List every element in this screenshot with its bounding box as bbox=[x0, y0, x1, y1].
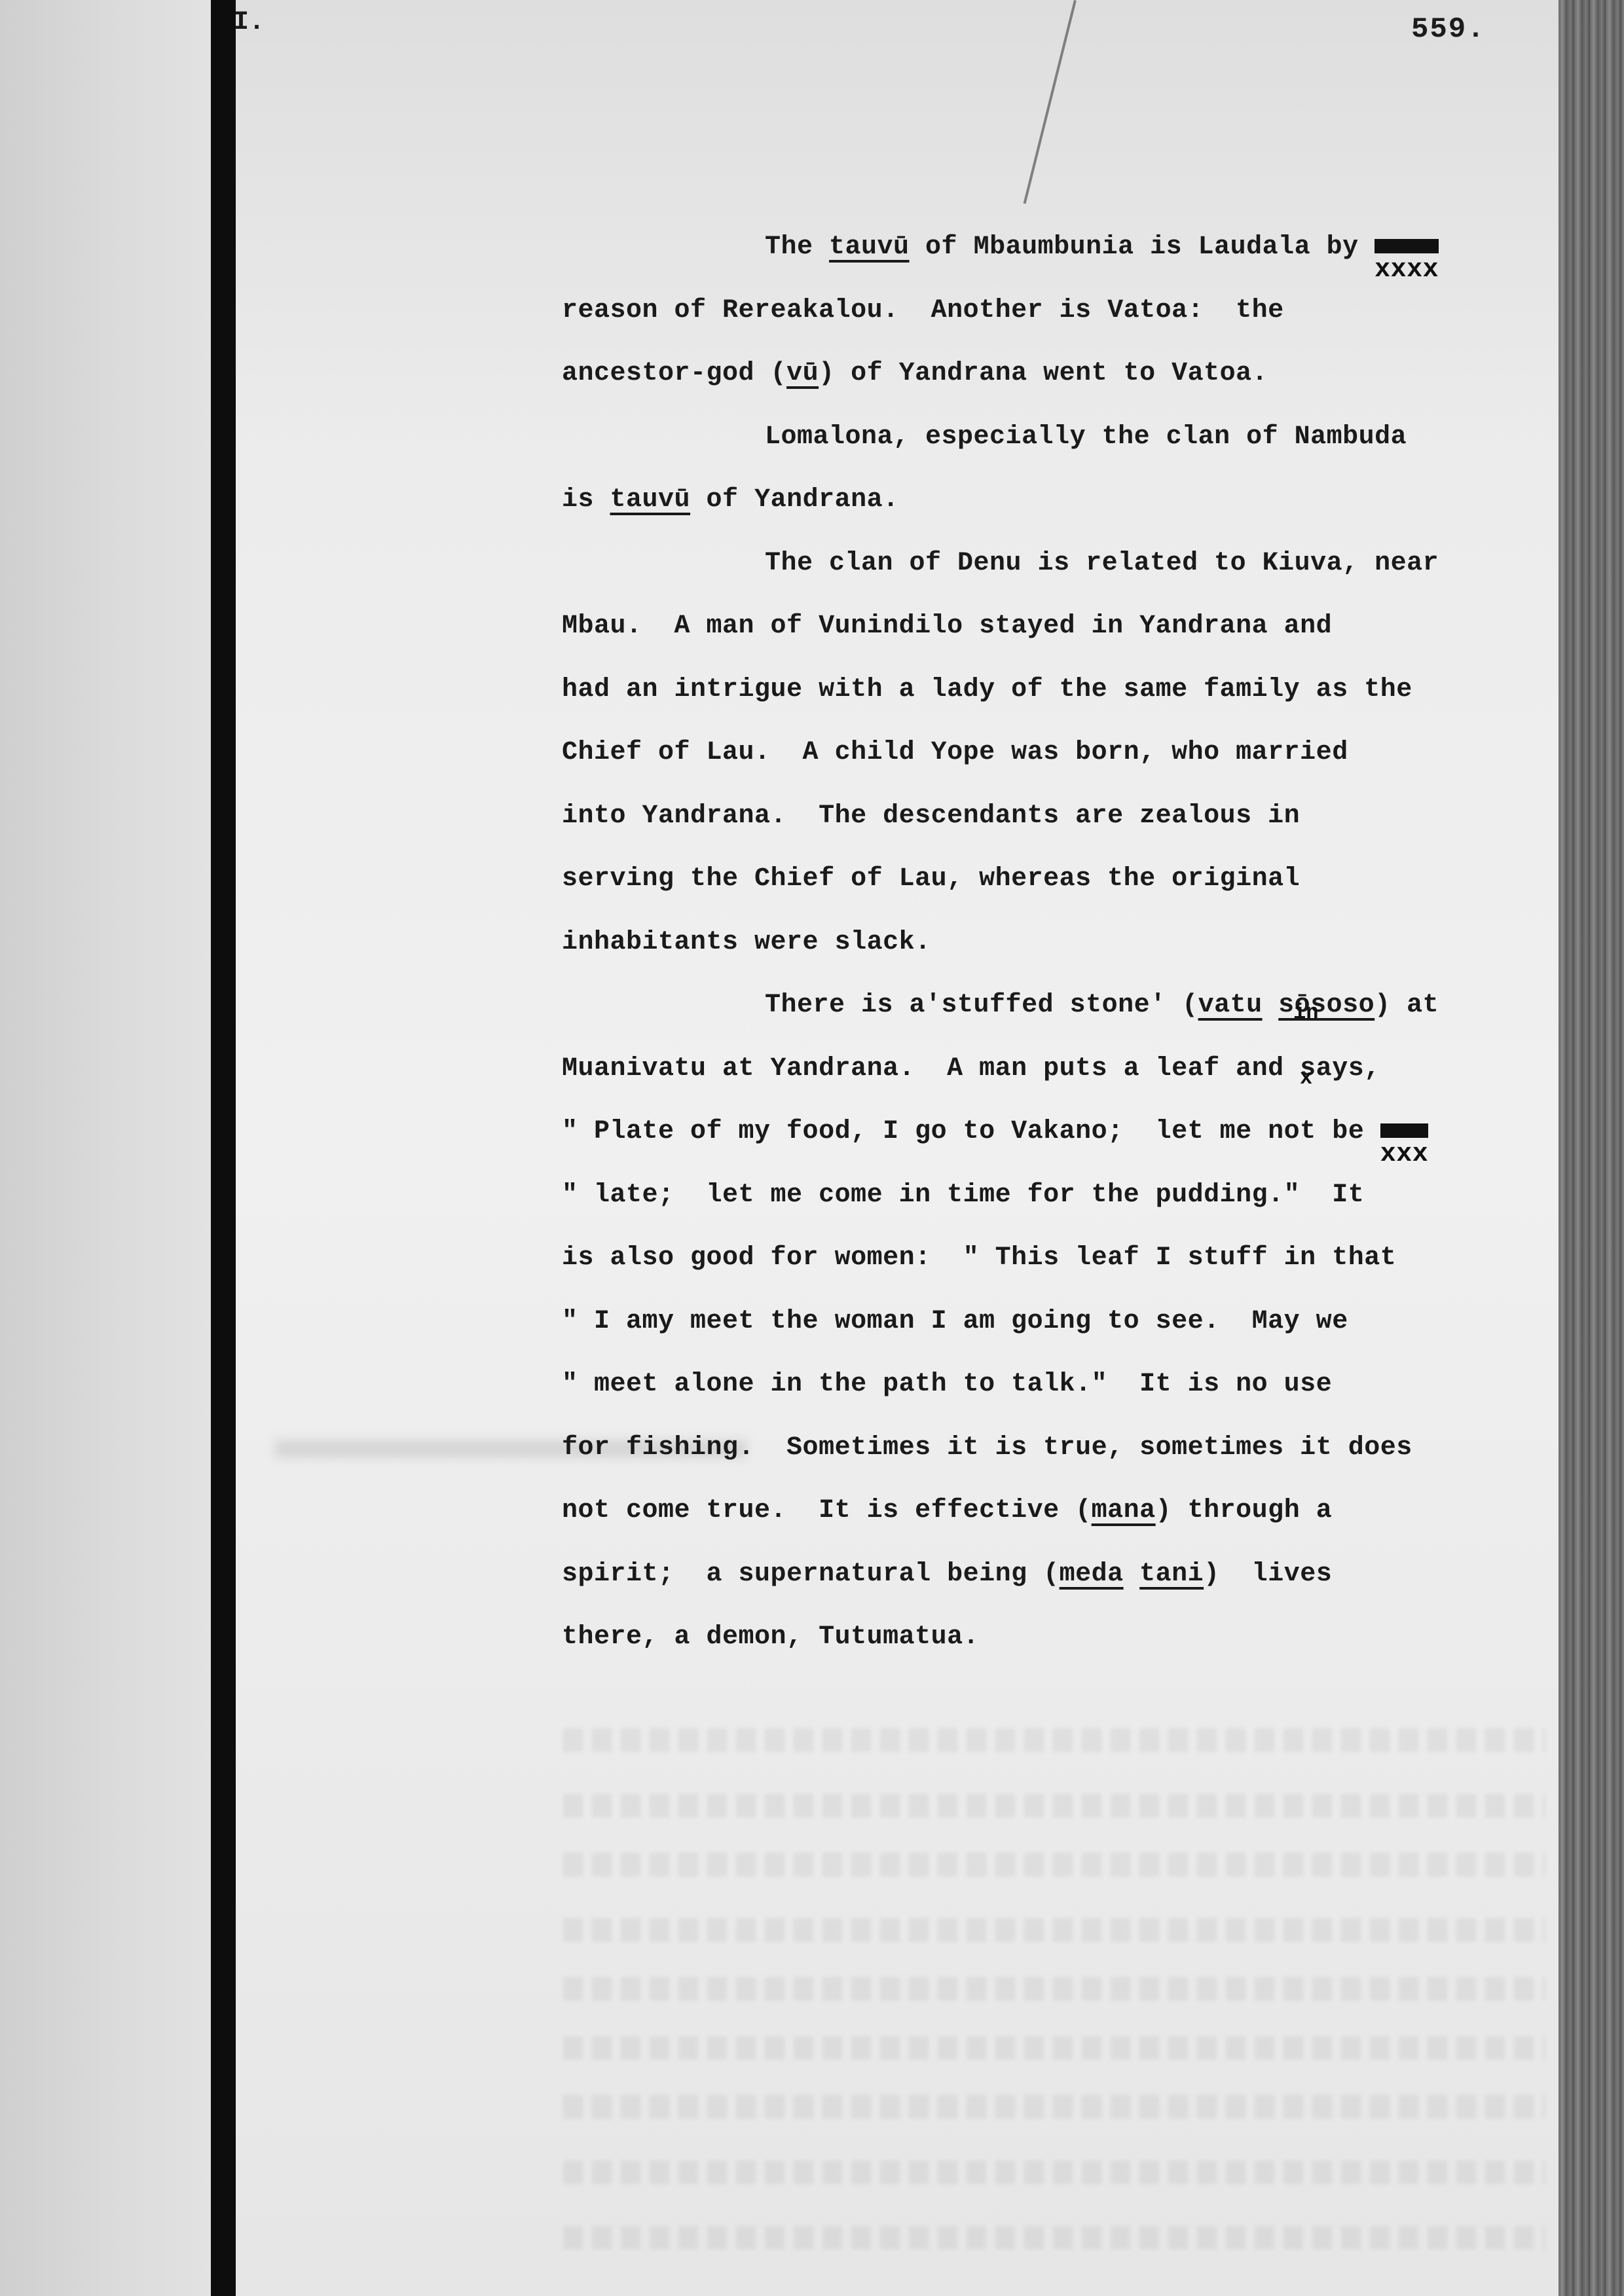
underlined-term: vatu bbox=[1198, 991, 1263, 1020]
handwritten-insertion-caret: x bbox=[1300, 1066, 1312, 1090]
text-segment: of Yandrana. bbox=[690, 485, 899, 515]
text-segment: into Yandrana. The descendants are zealo… bbox=[562, 801, 1300, 831]
struck-out-text: xxxx bbox=[1375, 239, 1439, 253]
text-line: " meet alone in the path to talk." It is… bbox=[562, 1353, 1557, 1417]
text-segment: inhabitants were slack. bbox=[562, 928, 931, 957]
text-segment: ancestor-god ( bbox=[562, 359, 786, 388]
bleed-through-text bbox=[563, 1728, 1545, 1752]
text-segment: The clan of Denu is related to Kiuva, ne… bbox=[765, 549, 1439, 578]
text-segment: Lomalona, especially the clan of Nambuda bbox=[765, 422, 1407, 452]
text-segment: not come true. It is effective ( bbox=[562, 1496, 1092, 1525]
bleed-through-text bbox=[563, 2036, 1545, 2060]
underlined-term: tauvū bbox=[829, 232, 910, 262]
text-segment: There is a'stuffed stone' ( bbox=[765, 991, 1198, 1020]
underlined-term: meda bbox=[1060, 1559, 1124, 1589]
text-line: into Yandrana. The descendants are zealo… bbox=[562, 785, 1557, 848]
text-segment: is bbox=[562, 485, 610, 515]
bleed-through-text bbox=[563, 2095, 1545, 2119]
text-segment: serving the Chief of Lau, whereas the or… bbox=[562, 864, 1300, 894]
text-line: The tauvū of Mbaumbunia is Laudala by xx… bbox=[562, 216, 1557, 280]
text-segment: " late; let me come in time for the pudd… bbox=[562, 1180, 1364, 1210]
text-segment: there, a demon, Tutumatua. bbox=[562, 1622, 979, 1652]
text-line: Muanivatu at Yandrana. A man puts a leaf… bbox=[562, 1038, 1557, 1101]
text-segment: for fishing. Sometimes it is true, somet… bbox=[562, 1433, 1412, 1463]
text-segment: ) at bbox=[1375, 991, 1439, 1020]
text-segment: of Mbaumbunia is Laudala by bbox=[910, 232, 1375, 262]
page-number: 559. bbox=[1411, 13, 1486, 46]
struck-out-text: xxx bbox=[1380, 1123, 1429, 1138]
underlined-term: mana bbox=[1092, 1496, 1156, 1525]
text-line: " Plate of my food, I go to Vakano; let … bbox=[562, 1101, 1557, 1164]
bleed-through-text bbox=[563, 1853, 1545, 1876]
text-segment: ) through a bbox=[1156, 1496, 1333, 1525]
text-segment: is also good for women: " This leaf I st… bbox=[562, 1243, 1396, 1273]
text-segment: " I amy meet the woman I am going to see… bbox=[562, 1307, 1348, 1336]
text-line: " I amy meet the woman I am going to see… bbox=[562, 1290, 1557, 1354]
text-segment: " meet alone in the path to talk." It is… bbox=[562, 1370, 1332, 1399]
underlined-term: vū bbox=[786, 359, 819, 388]
text-segment: " Plate of my food, I go to Vakano; let … bbox=[562, 1117, 1380, 1146]
text-line: inhabitants were slack. bbox=[562, 911, 1557, 975]
text-line: had an intrigue with a lady of the same … bbox=[562, 659, 1557, 722]
text-segment: Mbau. A man of Vunindilo stayed in Yandr… bbox=[562, 611, 1332, 641]
text-segment bbox=[1263, 991, 1279, 1020]
text-line: The clan of Denu is related to Kiuva, ne… bbox=[562, 532, 1557, 596]
text-line: is tauvū of Yandrana. bbox=[562, 469, 1557, 532]
bleed-through-text bbox=[563, 1977, 1545, 2001]
facing-page-label: I. bbox=[233, 8, 265, 37]
text-segment bbox=[1124, 1559, 1140, 1589]
text-line: not come true. It is effective (mana) th… bbox=[562, 1480, 1557, 1543]
text-line: There is a'stuffed stone' (vatu sōsoso) … bbox=[562, 974, 1557, 1038]
bleed-through-text bbox=[563, 2160, 1545, 2184]
text-line: " late; let me come in time for the pudd… bbox=[562, 1164, 1557, 1228]
text-segment: Chief of Lau. A child Yope was born, who… bbox=[562, 738, 1348, 767]
text-segment: ) lives bbox=[1204, 1559, 1332, 1589]
text-segment: The bbox=[765, 232, 829, 262]
text-line: for fishing. Sometimes it is true, somet… bbox=[562, 1417, 1557, 1480]
text-segment: had an intrigue with a lady of the same … bbox=[562, 675, 1412, 704]
page-stack-edge bbox=[1559, 0, 1624, 2296]
text-line: reason of Rereakalou. Another is Vatoa: … bbox=[562, 280, 1557, 343]
underlined-term: tauvū bbox=[610, 485, 691, 515]
text-line: Mbau. A man of Vunindilo stayed in Yandr… bbox=[562, 595, 1557, 659]
text-segment: spirit; a supernatural being ( bbox=[562, 1559, 1060, 1589]
bleed-through-text bbox=[563, 1794, 1545, 1817]
text-segment: reason of Rereakalou. Another is Vatoa: … bbox=[562, 296, 1284, 325]
text-line: serving the Chief of Lau, whereas the or… bbox=[562, 848, 1557, 911]
text-line: ancestor-god (vū) of Yandrana went to Va… bbox=[562, 342, 1557, 406]
binding-shadow bbox=[211, 0, 236, 2296]
text-segment: ) of Yandrana went to Vatoa. bbox=[819, 359, 1268, 388]
underlined-term: tani bbox=[1139, 1559, 1204, 1589]
bleed-through-text bbox=[563, 1918, 1545, 1942]
text-segment: Muanivatu at Yandrana. A man puts a leaf… bbox=[562, 1054, 1380, 1084]
bleed-through-text bbox=[563, 2226, 1545, 2250]
body-text: The tauvū of Mbaumbunia is Laudala by xx… bbox=[562, 216, 1557, 1669]
text-line: Chief of Lau. A child Yope was born, who… bbox=[562, 721, 1557, 785]
text-line: Lomalona, especially the clan of Nambuda bbox=[562, 406, 1557, 469]
handwritten-insertion-in: in bbox=[1293, 1000, 1318, 1025]
facing-page-edge bbox=[0, 0, 211, 2296]
text-line: spirit; a supernatural being (meda tani)… bbox=[562, 1543, 1557, 1607]
text-line: there, a demon, Tutumatua. bbox=[562, 1606, 1557, 1669]
text-line: is also good for women: " This leaf I st… bbox=[562, 1227, 1557, 1290]
